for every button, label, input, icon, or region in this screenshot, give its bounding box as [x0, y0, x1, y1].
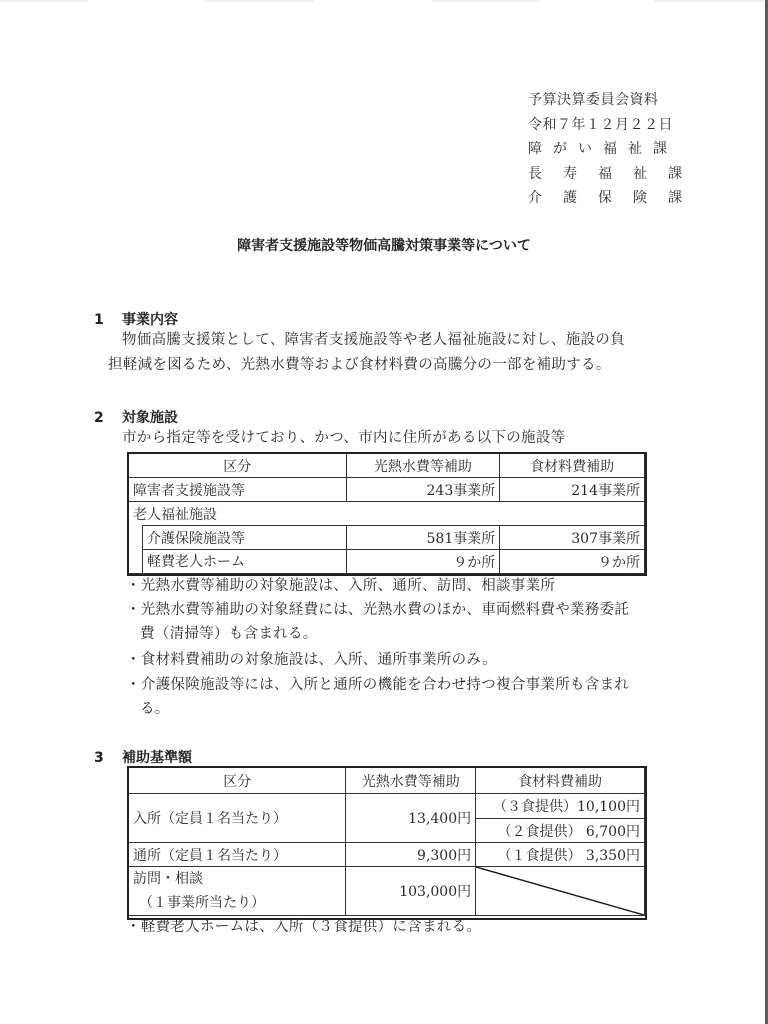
utilities-amount: 103,000円 [346, 867, 476, 916]
indent-border [142, 526, 143, 550]
table-row-group: 老人福祉施設 [129, 502, 645, 526]
table-row: 通所（定員１名当たり） 9,300円 （１食提供） 3,350円 [129, 843, 645, 867]
food-amount: （２食提供） 6,700円 [476, 819, 645, 843]
note-bullet: ・食材料費補助の対象施設は、入所、通所事業所のみ。 [126, 648, 497, 673]
header-text: 予算決算委員会資料 [528, 88, 659, 113]
table-row: 障害者支援施設等 243事業所 214事業所 [129, 478, 645, 502]
section-1-text-line2: 担軽減を図るため、光熱水費等および食材料費の高騰分の一部を補助する。 [108, 353, 611, 378]
table-header-row: 区分 光熱水費等補助 食材料費補助 [129, 768, 645, 794]
column-header: 区分 [129, 454, 347, 478]
section-title: 補助基準額 [122, 750, 192, 766]
row-label: 軽費老人ホーム [129, 550, 347, 574]
indent-border [142, 549, 347, 550]
note-continuation: 費（清掃等）も含まれる。 [140, 622, 318, 647]
row-label: 介護保険施設等 [129, 526, 347, 550]
column-header: 光熱水費等補助 [346, 768, 476, 794]
food-count: ９か所 [500, 550, 645, 574]
section-2-intro: 市から指定等を受けており、かつ、市内に住所がある以下の施設等 [122, 426, 565, 451]
header-text: 障がい福祉課 [528, 137, 678, 162]
section-1-heading: 1事業内容 [94, 309, 178, 329]
header-line-committee: 予算決算委員会資料 [528, 88, 676, 113]
column-header: 食材料費補助 [476, 768, 645, 794]
utilities-count: 243事業所 [346, 478, 500, 502]
group-label: 老人福祉施設 [129, 502, 645, 526]
section-2-heading: 2対象施設 [94, 407, 178, 427]
header-line-dept2: 長寿福祉課 [528, 162, 676, 187]
row-label: 通所（定員１名当たり） [129, 843, 346, 867]
document-title: 障害者支援施設等物価高騰対策事業等について [0, 235, 768, 255]
food-count: 307事業所 [500, 526, 645, 550]
row-label-line: （１事業所当たり） [133, 891, 341, 915]
section-number: 2 [94, 410, 122, 426]
page-top-edge [204, 0, 314, 2]
section-number: 3 [94, 750, 122, 766]
food-count: 214事業所 [500, 478, 645, 502]
header-text: 長寿福祉課 [528, 162, 703, 187]
page-top-edge [432, 0, 540, 2]
document-header-block: 予算決算委員会資料 令和７年１２月２２日 障がい福祉課 長寿福祉課 介護保険課 [528, 88, 676, 211]
section-3-heading: 3補助基準額 [94, 747, 192, 767]
row-label: 訪問・相談 （１事業所当たり） [129, 867, 346, 916]
header-text: 介護保険課 [528, 186, 703, 211]
note-bullet: ・介護保険施設等には、入所と通所の機能を合わせ持つ複合事業所も含まれ [126, 673, 629, 698]
row-label: 障害者支援施設等 [129, 478, 347, 502]
row-label-text: 介護保険施設等 [147, 531, 245, 547]
table-header-row: 区分 光熱水費等補助 食材料費補助 [129, 454, 645, 478]
utilities-amount: 13,400円 [346, 794, 476, 843]
section-title: 事業内容 [122, 312, 178, 328]
section-number: 1 [94, 312, 122, 328]
row-label: 入所（定員１名当たり） [129, 794, 346, 843]
header-line-dept1: 障がい福祉課 [528, 137, 676, 162]
utilities-count: ９か所 [346, 550, 500, 574]
row-label-text: 軽費老人ホーム [147, 554, 245, 570]
header-text: 令和７年１２月２２日 [528, 113, 673, 138]
subsidy-standard-table: 区分 光熱水費等補助 食材料費補助 入所（定員１名当たり） 13,400円 （３… [128, 767, 645, 916]
diagonal-slash-icon [476, 867, 644, 915]
utilities-count: 581事業所 [346, 526, 500, 550]
table-row: 入所（定員１名当たり） 13,400円 （３食提供）10,100円 [129, 794, 645, 819]
row-label-line: 訪問・相談 [133, 867, 341, 891]
column-header: 光熱水費等補助 [346, 454, 500, 478]
target-facilities-table: 区分 光熱水費等補助 食材料費補助 障害者支援施設等 243事業所 214事業所… [128, 453, 645, 574]
indent-border [142, 550, 143, 574]
table-row: 介護保険施設等 581事業所 307事業所 [129, 526, 645, 550]
table-row: 訪問・相談 （１事業所当たり） 103,000円 [129, 867, 645, 916]
column-header: 食材料費補助 [500, 454, 645, 478]
note-continuation: る。 [140, 697, 170, 722]
page-top-edge [0, 0, 88, 2]
note-bullet: ・軽費老人ホームは、入所（３食提供）に含まれる。 [126, 915, 481, 940]
table-row: 軽費老人ホーム ９か所 ９か所 [129, 550, 645, 574]
food-amount: （３食提供）10,100円 [476, 794, 645, 819]
note-bullet: ・光熱水費等補助の対象経費には、光熱水費のほか、車両燃料費や業務委託 [126, 598, 629, 623]
header-line-dept3: 介護保険課 [528, 186, 676, 211]
section-title: 対象施設 [122, 410, 178, 426]
column-header: 区分 [129, 768, 346, 794]
utilities-amount: 9,300円 [346, 843, 476, 867]
header-line-date: 令和７年１２月２２日 [528, 113, 676, 138]
indent-border [142, 525, 347, 526]
not-applicable-cell [476, 867, 645, 916]
page-top-edge [654, 0, 766, 2]
section-1-text-line1: 物価高騰支援策として、障害者支援施設等や老人福祉施設に対し、施設の負 [122, 328, 625, 353]
food-amount: （１食提供） 3,350円 [476, 843, 645, 867]
note-bullet: ・光熱水費等補助の対象施設は、入所、通所、訪問、相談事業所 [126, 574, 555, 599]
